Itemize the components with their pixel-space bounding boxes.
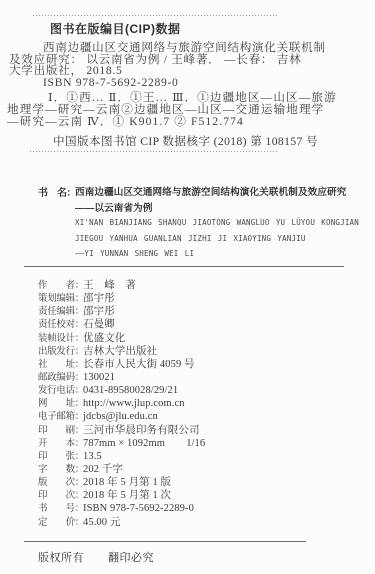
field-label: 书 号： — [38, 503, 83, 516]
book-title-line1: 西南边疆山区交通网络与旅游空间结构演化关联机制及效应研究 — [75, 184, 346, 199]
field-label: 作 者： — [38, 280, 83, 293]
cip-description-line: 西南边疆山区交通网络与旅游空间结构演化关联机制 — [9, 42, 367, 54]
field-label: 责任编辑： — [38, 306, 83, 319]
field-value: 优盛文化 — [83, 332, 125, 345]
copyright-notice: 版权所有翻印必究 — [38, 549, 154, 565]
field-label: 印 张： — [38, 451, 83, 464]
copyright-notice-right: 翻印必究 — [108, 552, 154, 564]
field-row: 责任校对： 石曼卿 — [38, 318, 358, 331]
field-label: 发行电话： — [38, 385, 83, 398]
field-row: 装帧设计： 优盛文化 — [38, 332, 358, 345]
field-row: 开 本： 787mm × 1092mm 1/16 — [38, 437, 358, 450]
field-value: ISBN 978-7-5692-2289-0 — [83, 502, 194, 515]
cip-classification: Ⅰ．①西… Ⅱ．①王… Ⅲ．①边疆地区—山区—旅游 地理学—研究—云南②边疆地区… — [7, 92, 371, 129]
field-label: 印 次： — [38, 490, 83, 503]
book-title-row: 书 名： 西南边疆山区交通网络与旅游空间结构演化关联机制及效应研究 — [38, 184, 346, 199]
field-value: 石曼卿 — [83, 318, 115, 331]
field-row: 作 者： 王 峰 著 — [38, 279, 358, 292]
solid-divider-bottom — [24, 541, 306, 542]
field-label: 邮政编码： — [38, 372, 83, 385]
field-row: 定 价： 45.00 元 — [38, 516, 358, 529]
dotted-divider-bottom — [30, 151, 278, 153]
book-title-pinyin-line2: JIEGOU YANHUA GUANLIAN JIZHI JI XIAOYING… — [75, 234, 306, 243]
field-row: 书 号： ISBN 978-7-5692-2289-0 — [38, 502, 358, 515]
field-value: 130021 — [83, 371, 115, 384]
field-row: 邮政编码： 130021 — [38, 371, 358, 384]
field-label: 网 址： — [38, 398, 83, 411]
solid-divider-top — [24, 266, 344, 267]
book-title-label: 书 名： — [38, 184, 75, 199]
field-label: 策划编辑： — [38, 293, 83, 306]
field-row: 印 刷： 三河市华晨印务有限公司 — [38, 424, 358, 437]
cip-record-number: 中国版本图书馆 CIP 数据核字 (2018) 第 108157 号 — [53, 133, 318, 149]
field-label: 出版发行： — [38, 346, 83, 359]
field-label: 定 价： — [38, 517, 83, 530]
field-row: 电子邮箱： jdcbs@jlu.edu.cn — [38, 410, 358, 423]
field-row: 出版发行： 吉林大学出版社 — [38, 345, 358, 358]
field-label: 装帧设计： — [38, 333, 83, 346]
field-value: 王 峰 著 — [83, 279, 136, 292]
field-value: 吉林大学出版社 — [83, 345, 157, 358]
field-label: 开 本： — [38, 438, 83, 451]
field-row: 印 张： 13.5 — [38, 450, 358, 463]
field-label: 责任校对： — [38, 319, 83, 332]
book-title-line2: ——以云南省为例 — [75, 200, 153, 214]
field-value: 787mm × 1092mm 1/16 — [83, 437, 205, 450]
book-title-pinyin-line3: ——YI YUNNAN SHENG WEI LI — [75, 249, 194, 258]
field-row: 字 数： 202 千字 — [38, 463, 358, 476]
field-value: 45.00 元 — [83, 516, 120, 529]
field-label: 社 址： — [38, 359, 83, 372]
field-value: 三河市华晨印务有限公司 — [83, 424, 200, 437]
field-value: 13.5 — [83, 450, 102, 463]
field-value: jdcbs@jlu.edu.cn — [83, 410, 158, 423]
field-row: 发行电话： 0431-89580028/29/21 — [38, 384, 358, 397]
field-value: 2018 年 5 月第 1 次 — [83, 489, 171, 502]
field-value: 邵宇彤 — [83, 292, 115, 305]
dotted-divider-top — [33, 15, 278, 17]
field-label: 电子邮箱： — [38, 411, 83, 424]
field-row: 版 次： 2018 年 5 月第 1 版 — [38, 476, 358, 489]
field-value: 202 千字 — [83, 463, 123, 476]
field-row: 网 址： http://www.jlup.com.cn — [38, 397, 358, 410]
copyright-page: 图书在版编目(CIP)数据 西南边疆山区交通网络与旅游空间结构演化关联机制 及效… — [0, 0, 375, 574]
cip-classification-line: —研究—云南 Ⅳ．① K901.7 ② F512.774 — [7, 116, 371, 128]
field-value: 2018 年 5 月第 1 版 — [83, 476, 171, 489]
field-value: http://www.jlup.com.cn — [83, 397, 185, 410]
cip-description: 西南边疆山区交通网络与旅游空间结构演化关联机制 及效应研究： 以云南省为例 / … — [9, 42, 367, 88]
field-value: 邵宇彤 — [83, 305, 115, 318]
field-row: 责任编辑： 邵宇彤 — [38, 305, 358, 318]
book-title-pinyin-line1: XI'NAN BIANJIANG SHANQU JIAOTONG WANGLUO… — [75, 218, 359, 227]
field-label: 版 次： — [38, 477, 83, 490]
field-row: 社 址： 长春市人民大街 4059 号 — [38, 358, 358, 371]
field-row: 印 次： 2018 年 5 月第 1 次 — [38, 489, 358, 502]
copyright-notice-left: 版权所有 — [38, 552, 84, 564]
cip-heading: 图书在版编目(CIP)数据 — [50, 20, 181, 37]
field-value: 0431-89580028/29/21 — [83, 384, 178, 397]
cip-isbn-line: ISBN 978-7-5692-2289-0 — [9, 77, 367, 89]
field-label: 印 刷： — [38, 425, 83, 438]
field-value: 长春市人民大街 4059 号 — [83, 358, 195, 371]
field-label: 字 数： — [38, 464, 83, 477]
field-row: 策划编辑： 邵宇彤 — [38, 292, 358, 305]
fields-list: 作 者： 王 峰 著 策划编辑： 邵宇彤 责任编辑： 邵宇彤 责任校对： 石曼卿… — [38, 279, 358, 529]
